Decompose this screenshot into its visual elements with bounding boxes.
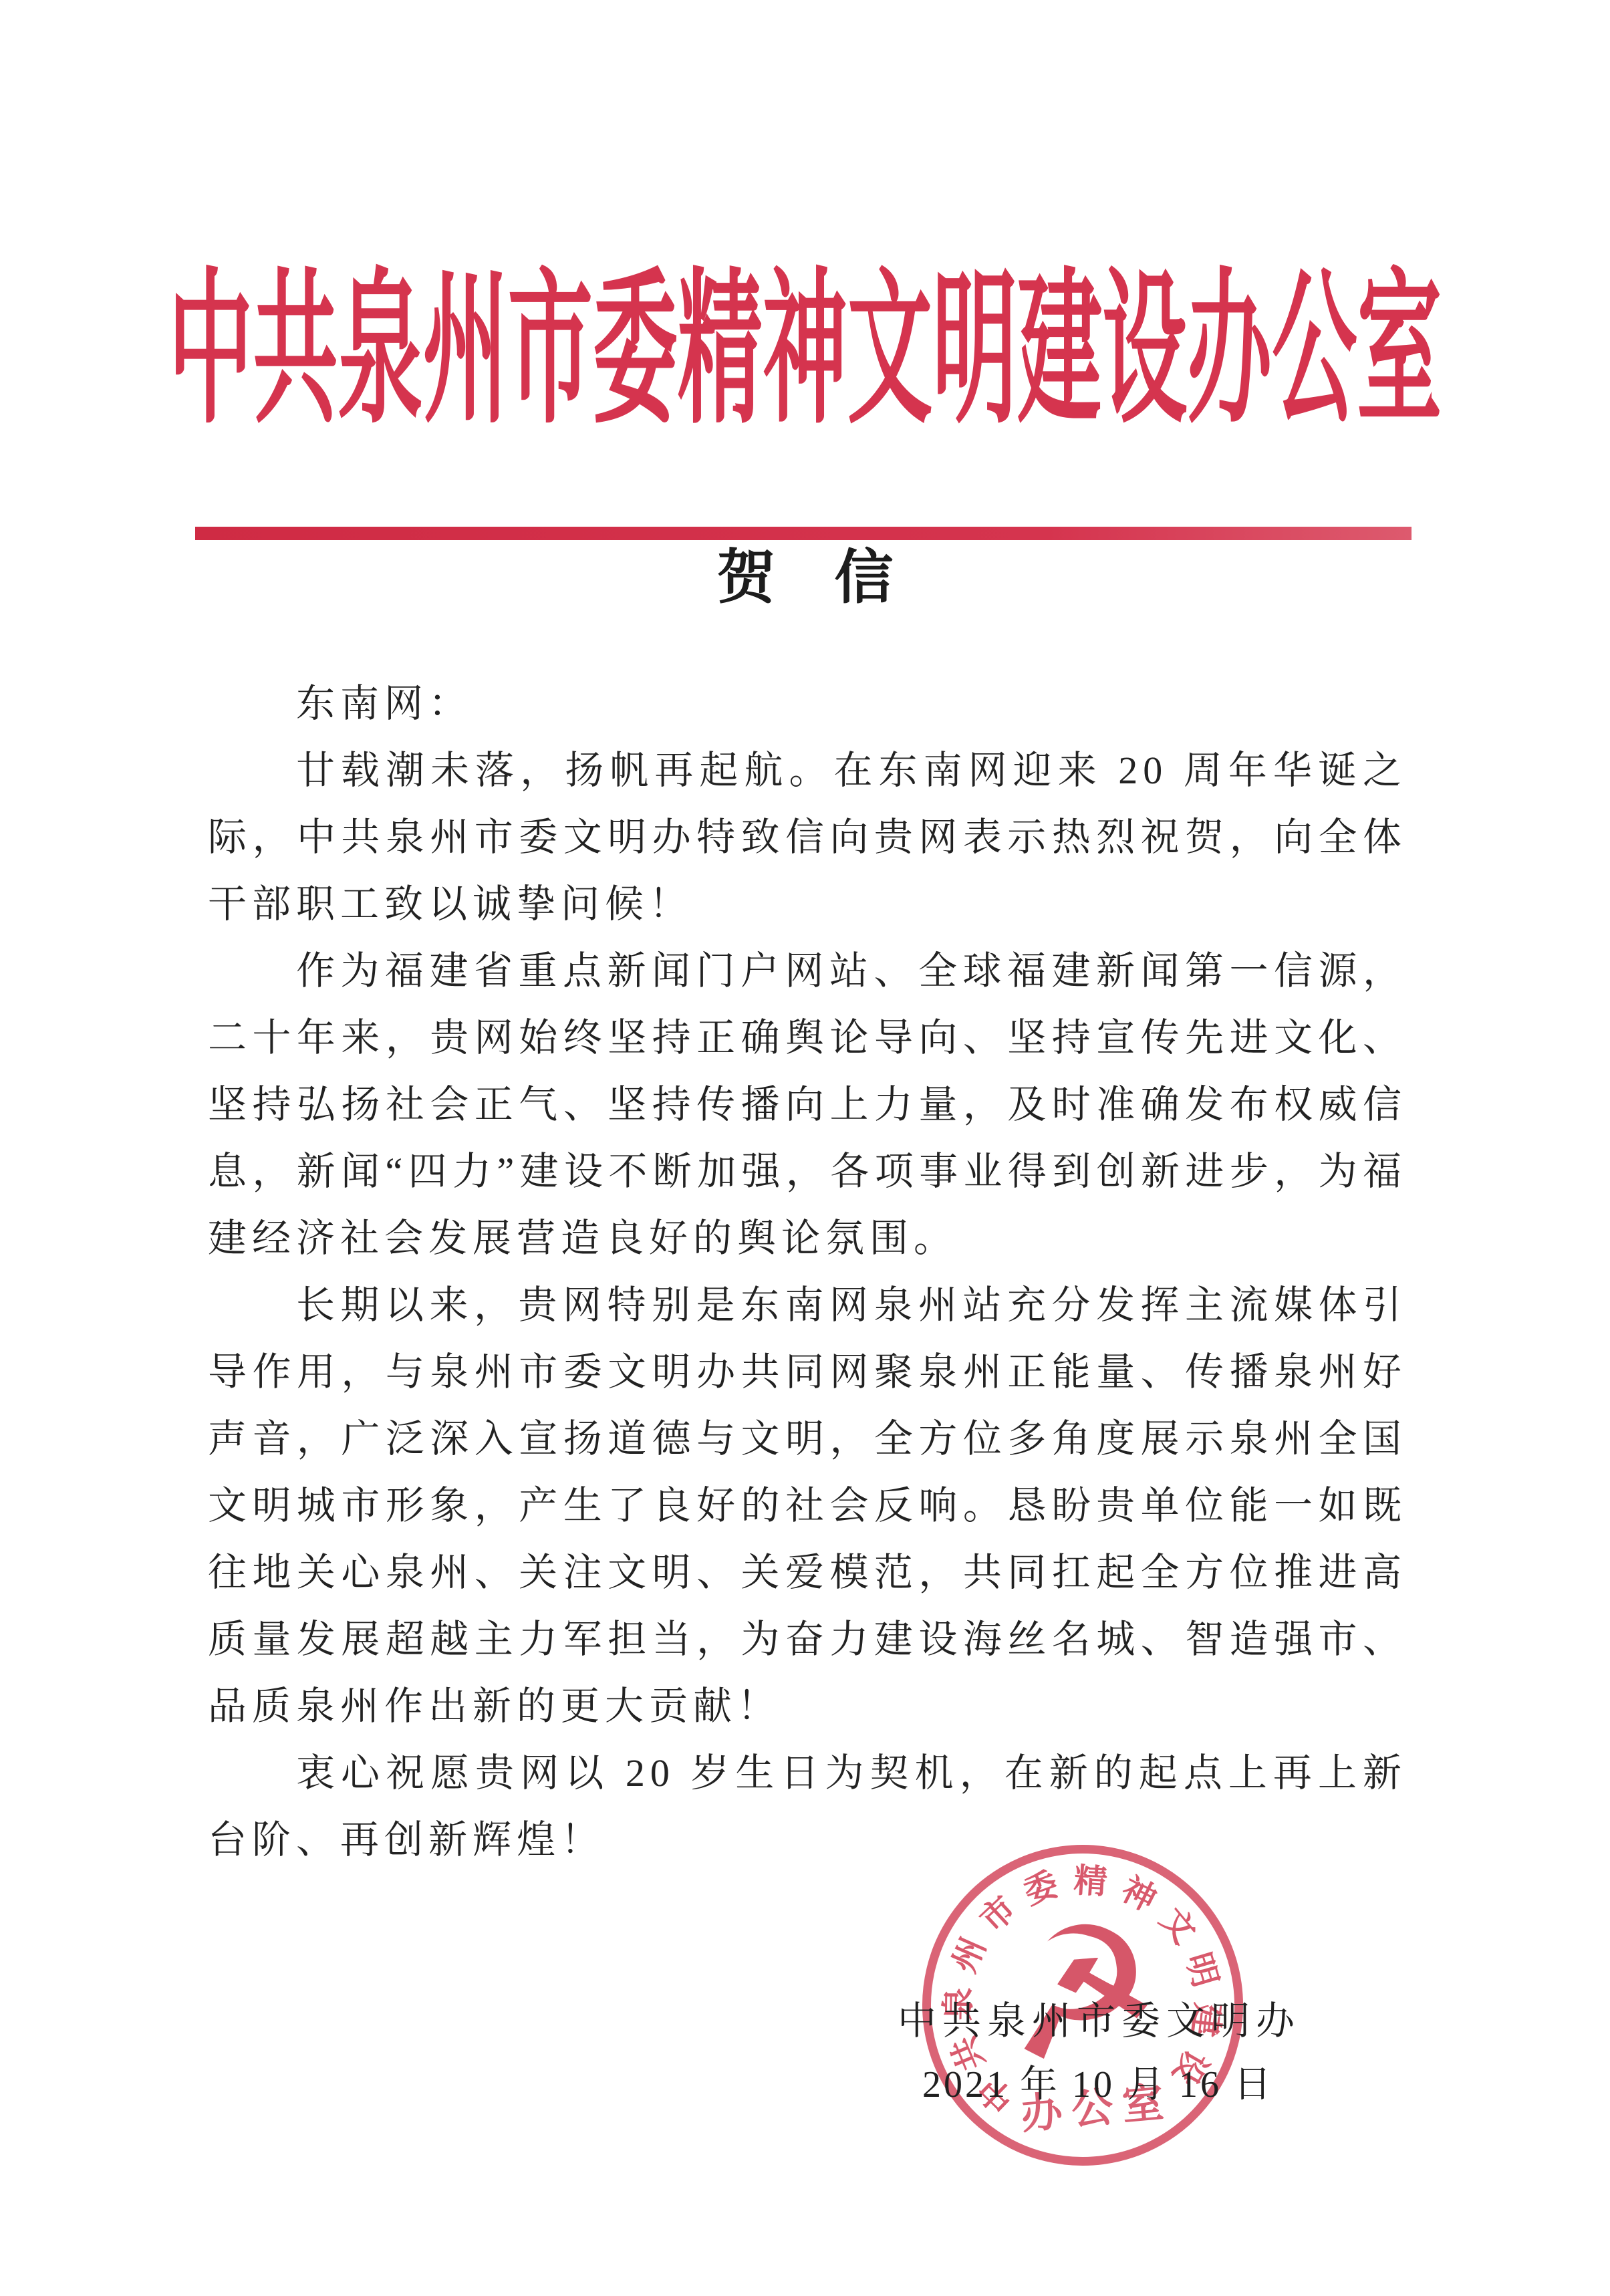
hammer-sickle-icon: ☭ <box>991 1895 1171 2090</box>
signature-org: 中共泉州市委文明办 <box>898 2000 1301 2043</box>
paragraph-3: 长期以来，贵网特别是东南网泉州站充分发挥主流媒体引导作用，与泉州市委文明办共同网… <box>208 1272 1407 1740</box>
paragraph-1: 廿载潮未落，扬帆再起航。在东南网迎来 20 周年华诞之际，中共泉州市委文明办特致… <box>208 737 1407 938</box>
letterhead-org-name: 中共泉州市委精神文明建设办公室 <box>123 266 1486 438</box>
letter-page: 中共泉州市委精神文明建设办公室 贺 信 东南网： 廿载潮未落，扬帆再起航。在东南… <box>0 0 1610 2296</box>
letter-body: 东南网： 廿载潮未落，扬帆再起航。在东南网迎来 20 周年华诞之际，中共泉州市委… <box>208 670 1407 1874</box>
letterhead-divider-rule <box>195 527 1412 540</box>
paragraph-2: 作为福建省重点新闻门户网站、全球福建新闻第一信源，二十年来，贵网始终坚持正确舆论… <box>208 938 1407 1272</box>
salutation: 东南网： <box>208 670 1407 737</box>
paragraph-4: 衷心祝愿贵网以 20 岁生日为契机，在新的起点上再上新台阶、再创新辉煌！ <box>208 1740 1407 1874</box>
signature-date: 2021 年 10 月 16 日 <box>922 2064 1274 2106</box>
document-title: 贺 信 <box>0 547 1610 610</box>
